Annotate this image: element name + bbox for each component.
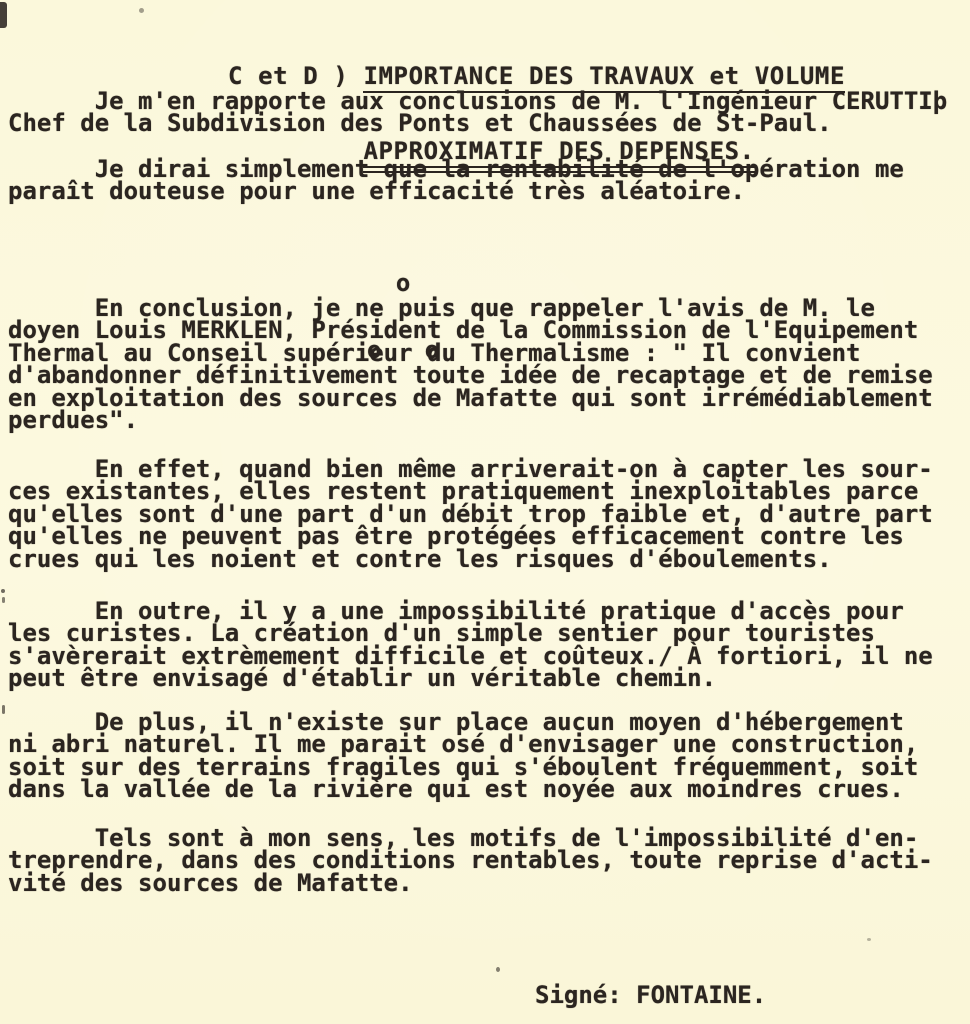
- text-line: en exploitation des sources de Mafatte q…: [8, 387, 958, 409]
- text-line: perdues".: [8, 409, 958, 431]
- separator-row-top: o: [367, 272, 439, 294]
- text-line: paraît douteuse pour une efficacité très…: [8, 180, 958, 202]
- paragraph-4: En effet, quand bien même arriverait-on …: [8, 458, 958, 570]
- text-line: crues qui les noient et contre les risqu…: [8, 548, 958, 570]
- title-line-1: C et D ) IMPORTANCE DES TRAVAUX et VOLUM…: [228, 64, 845, 89]
- paragraph-2: Je dirai simplement que la rentabilité d…: [8, 158, 958, 203]
- text-line: vité des sources de Mafatte.: [8, 872, 958, 894]
- separator-row-bottom: o o: [367, 339, 439, 361]
- scan-smudge: [0, 2, 7, 28]
- paragraph-3: En conclusion, je ne puis que rappeler l…: [8, 297, 958, 431]
- text-line: Chef de la Subdivision des Ponts et Chau…: [8, 112, 958, 134]
- ink-speck: [1, 589, 5, 593]
- text-line: dans la vallée de la rivière qui est noy…: [8, 778, 958, 800]
- title-prefix: C et D ): [228, 62, 363, 90]
- paragraph-1: Je m'en rapporte aux conclusions de M. l…: [8, 90, 958, 135]
- paragraph-7: Tels sont à mon sens, les motifs de l'im…: [8, 827, 958, 894]
- signature-line: Signé: FONTAINE.: [535, 984, 766, 1006]
- paragraph-5: En outre, il y a une impossibilité prati…: [8, 600, 958, 690]
- paper-sheet: C et D ) IMPORTANCE DES TRAVAUX et VOLUM…: [0, 0, 970, 1024]
- paragraph-6: De plus, il n'existe sur place aucun moy…: [8, 711, 958, 801]
- ink-speck: [139, 8, 144, 13]
- text-line: peut être envisagé d'établir un véritabl…: [8, 667, 958, 689]
- ink-speck: [2, 705, 5, 714]
- section-separator: o o o: [367, 227, 439, 406]
- ink-speck: [2, 597, 5, 603]
- ink-speck: [496, 967, 500, 972]
- ink-speck: [867, 938, 871, 941]
